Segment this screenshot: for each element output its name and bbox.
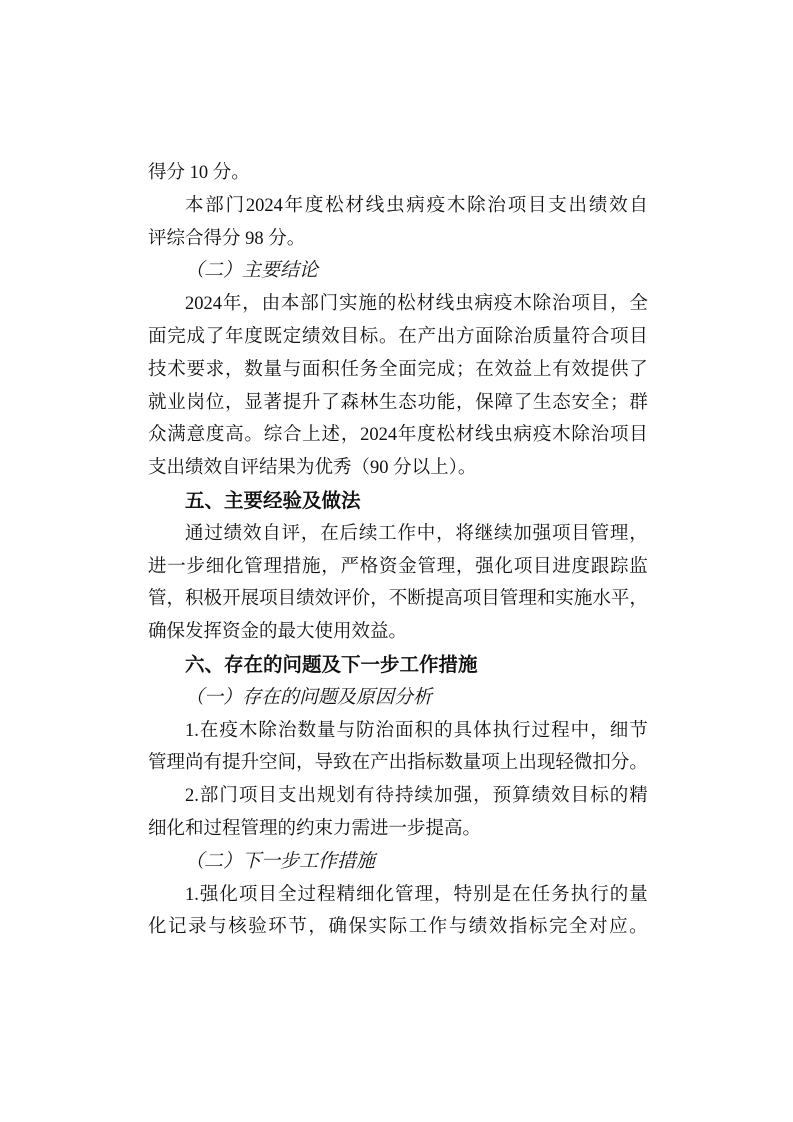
text-line-17: （一）存在的问题及原因分析 [148, 682, 648, 715]
document-content: 得分 10 分。本部门2024年度松材线虫病疫木除治项目支出绩效自评综合得分 9… [148, 157, 648, 944]
text-line-10: 支出绩效自评结果为优秀（90 分以上）。 [148, 452, 648, 485]
text-line-9: 众满意度高。综合上述，2024年度松材线虫病疫木除治项目 [148, 419, 648, 452]
text-line-22: （二）下一步工作措施 [148, 846, 648, 879]
text-line-7: 技术要求，数量与面积任务全面完成；在效益上有效提供了 [148, 354, 648, 387]
text-line-12: 通过绩效自评，在后续工作中，将继续加强项目管理， [148, 518, 648, 551]
text-line-24: 化记录与核验环节，确保实际工作与绩效指标完全对应。 [148, 911, 648, 944]
text-line-5: 2024年，由本部门实施的松材线虫病疫木除治项目，全 [148, 288, 648, 321]
text-line-20: 2.部门项目支出规划有待持续加强，预算绩效目标的精 [148, 780, 648, 813]
text-line-15: 确保发挥资金的最大使用效益。 [148, 616, 648, 649]
text-line-4: （二）主要结论 [148, 255, 648, 288]
text-line-16: 六、存在的问题及下一步工作措施 [148, 649, 648, 682]
text-line-11: 五、主要经验及做法 [148, 485, 648, 518]
document-page: 得分 10 分。本部门2024年度松材线虫病疫木除治项目支出绩效自评综合得分 9… [0, 0, 793, 1122]
text-line-18: 1.在疫木除治数量与防治面积的具体执行过程中，细节 [148, 715, 648, 748]
text-line-21: 细化和过程管理的约束力需进一步提高。 [148, 813, 648, 846]
text-line-3: 评综合得分 98 分。 [148, 223, 648, 256]
text-line-1: 得分 10 分。 [148, 157, 648, 190]
text-line-13: 进一步细化管理措施，严格资金管理，强化项目进度跟踪监 [148, 551, 648, 584]
text-line-14: 管，积极开展项目绩效评价，不断提高项目管理和实施水平， [148, 583, 648, 616]
text-line-6: 面完成了年度既定绩效目标。在产出方面除治质量符合项目 [148, 321, 648, 354]
text-line-2: 本部门2024年度松材线虫病疫木除治项目支出绩效自 [148, 190, 648, 223]
text-line-19: 管理尚有提升空间，导致在产出指标数量项上出现轻微扣分。 [148, 747, 648, 780]
text-line-23: 1.强化项目全过程精细化管理，特别是在任务执行的量 [148, 879, 648, 912]
text-line-8: 就业岗位，显著提升了森林生态功能，保障了生态安全；群 [148, 387, 648, 420]
